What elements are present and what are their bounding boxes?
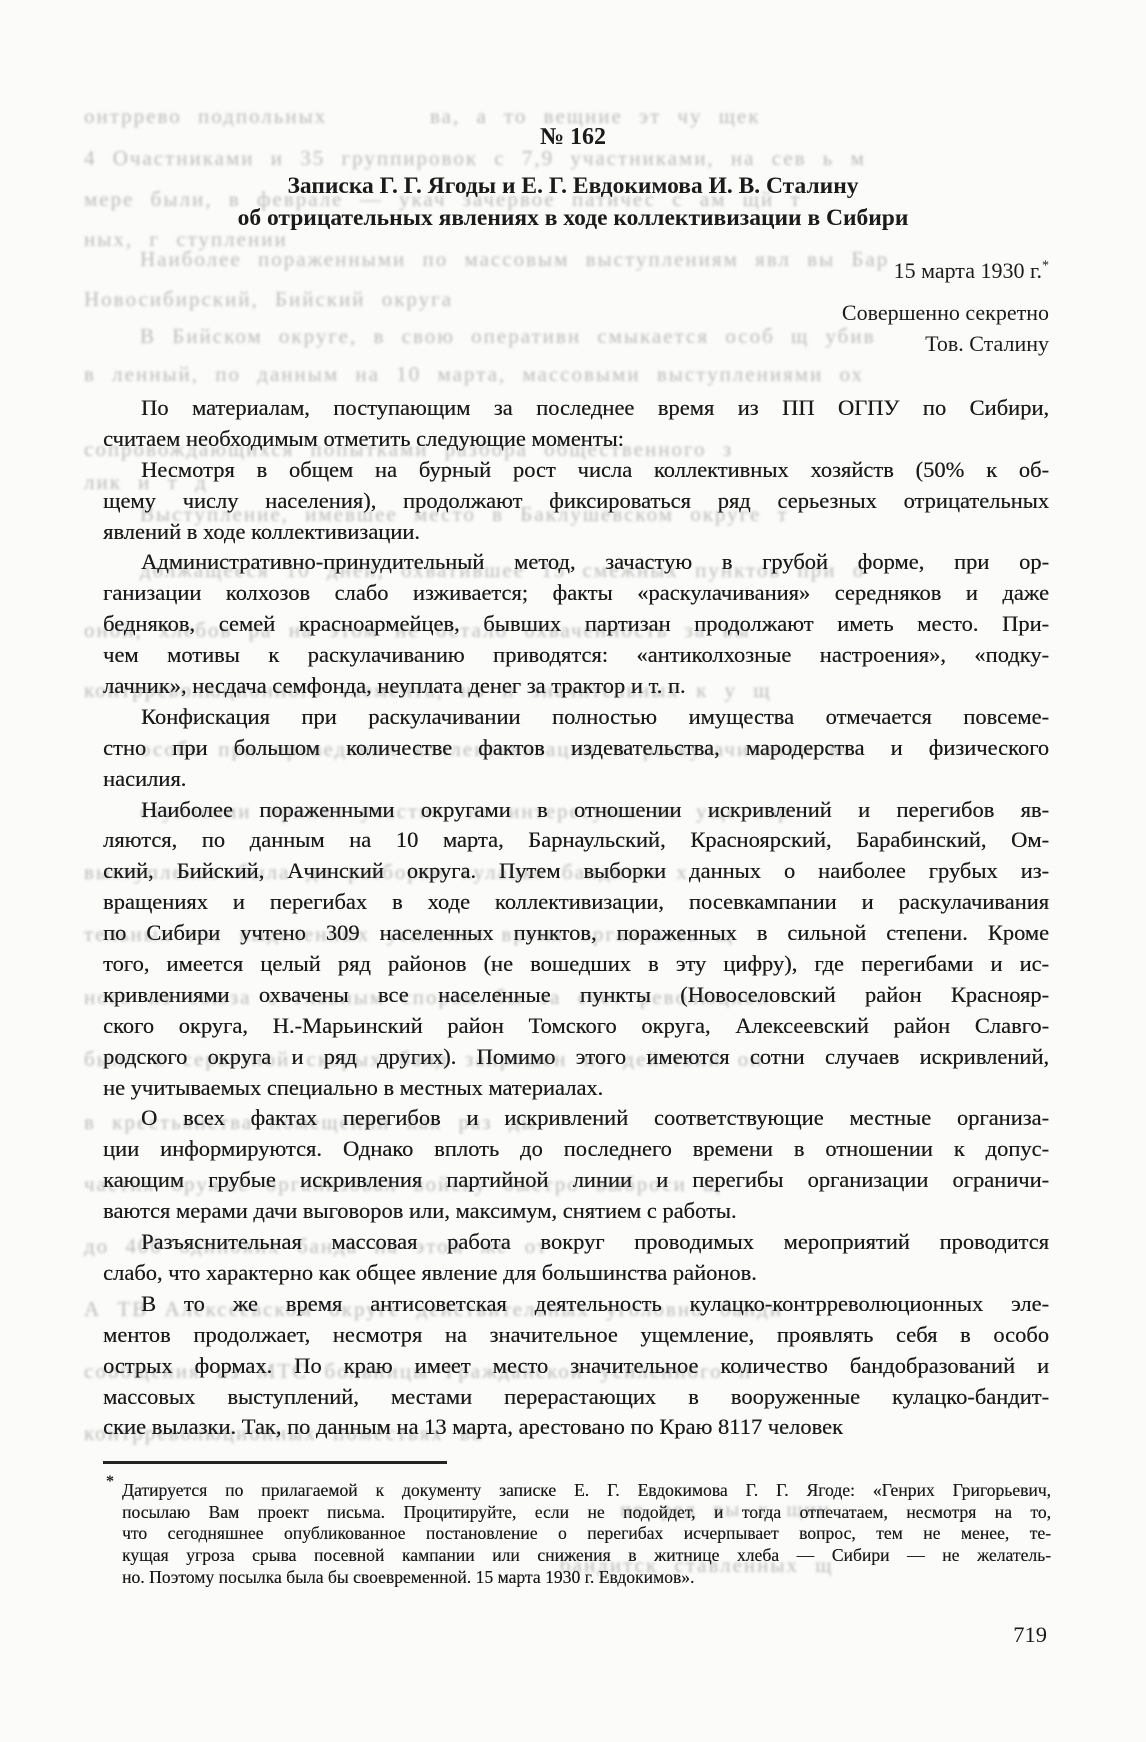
- body-line: стно при большом количестве фактов издев…: [103, 733, 1049, 764]
- date-text: 15 марта 1930 г.: [894, 258, 1042, 283]
- document-body: По материалам, поступающим за последнее …: [103, 393, 1049, 1443]
- document-title-line-1: Записка Г. Г. Ягоды и Е. Г. Евдокимова И…: [0, 170, 1146, 202]
- body-line: щему числу населения), продолжают фиксир…: [103, 486, 1049, 517]
- body-line: кающим грубые искривления партийной лини…: [103, 1165, 1049, 1196]
- footnote-marker: *: [106, 1473, 114, 1491]
- body-line: считаем необходимым отметить следующие м…: [103, 424, 1049, 455]
- scanned-document-page: онтррево подпольныхва, а то вещние эт чу…: [0, 0, 1146, 1742]
- body-line: О всех фактах перегибов и искривлений со…: [103, 1103, 1049, 1134]
- document-content: № 162 Записка Г. Г. Ягоды и Е. Г. Евдоки…: [0, 0, 1146, 1742]
- body-line: родского округа и ряд других). Помимо эт…: [103, 1042, 1049, 1073]
- body-line: острых формах. По краю имеет место значи…: [103, 1351, 1049, 1382]
- body-line: Наиболее пораженными округами в отношени…: [103, 795, 1049, 826]
- document-title: Записка Г. Г. Ягоды и Е. Г. Евдокимова И…: [0, 170, 1146, 234]
- footnote-line: но. Поэтому посылка была бы своевременно…: [122, 1567, 1051, 1589]
- body-line: ции информируются. Однако вплоть до посл…: [103, 1134, 1049, 1165]
- body-line: ские вылазки. Так, по данным на 13 марта…: [103, 1412, 1049, 1443]
- page-number: 719: [1013, 1622, 1047, 1648]
- document-title-line-2: об отрицательных явлениях в ходе коллект…: [0, 202, 1146, 234]
- body-line: По материалам, поступающим за последнее …: [103, 393, 1049, 424]
- body-line: кривлениями охвачены все населенные пунк…: [103, 980, 1049, 1011]
- body-line: ского округа, Н.-Марьинский район Томско…: [103, 1011, 1049, 1042]
- body-line: Конфискация при раскулачивании полностью…: [103, 702, 1049, 733]
- body-line: слабо, что характерно как общее явление …: [103, 1258, 1049, 1289]
- body-line: ляются, по данным на 10 марта, Барнаульс…: [103, 825, 1049, 856]
- footnote-line: кущая угроза срыва посевной кампании или…: [122, 1545, 1051, 1567]
- document-date: 15 марта 1930 г.*: [894, 258, 1049, 284]
- body-line: Административно-принудительный метод, за…: [103, 547, 1049, 578]
- body-line: вращениях и перегибах в ходе коллективиз…: [103, 887, 1049, 918]
- body-line: массовых выступлений, местами перерастаю…: [103, 1382, 1049, 1413]
- classification-label: Совершенно секретно: [842, 300, 1049, 326]
- body-line: В то же время антисоветская деятельность…: [103, 1289, 1049, 1320]
- footnote-line: Датируется по прилагаемой к документу за…: [122, 1480, 1051, 1502]
- footnote-separator-rule: [103, 1461, 447, 1464]
- body-line: не учитываемых специально в местных мате…: [103, 1073, 1049, 1104]
- body-line: бедняков, семей красноармейцев, бывших п…: [103, 609, 1049, 640]
- body-line: ментов продолжает, несмотря на значитель…: [103, 1320, 1049, 1351]
- body-line: ганизации колхозов слабо изживается; фак…: [103, 578, 1049, 609]
- body-line: явлений в ходе коллективизации.: [103, 517, 1049, 548]
- body-line: насилия.: [103, 764, 1049, 795]
- footnote-lines: Датируется по прилагаемой к документу за…: [122, 1480, 1051, 1588]
- body-line: ваются мерами дачи выговоров или, максим…: [103, 1196, 1049, 1227]
- body-line: чем мотивы к раскулачиванию приводятся: …: [103, 640, 1049, 671]
- document-number: № 162: [0, 124, 1146, 151]
- body-line: лачник», несдача семфонда, неуплата дене…: [103, 671, 1049, 702]
- footnote-line: посылаю Вам проект письма. Процитируйте,…: [122, 1502, 1051, 1524]
- body-line: Несмотря в общем на бурный рост числа ко…: [103, 455, 1049, 486]
- body-line: Разъяснительная массовая работа вокруг п…: [103, 1227, 1049, 1258]
- body-line: по Сибири учтено 309 населенных пунктов,…: [103, 918, 1049, 949]
- footnote-line: что сегодняшнее опубликованное постановл…: [122, 1523, 1051, 1545]
- body-line: того, имеется целый ряд районов (не воше…: [103, 949, 1049, 980]
- addressee-line: Тов. Сталину: [925, 331, 1049, 357]
- date-footnote-marker: *: [1042, 259, 1049, 274]
- body-line: ский, Бийский, Ачинский округа. Путем вы…: [103, 856, 1049, 887]
